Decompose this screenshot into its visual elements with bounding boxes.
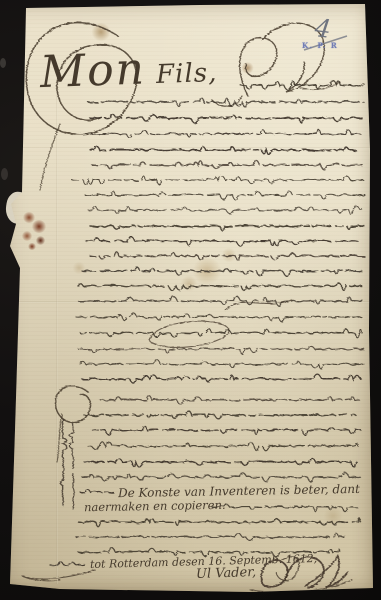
collection-stamp: K. P. R xyxy=(302,41,338,50)
handwriting-line xyxy=(92,426,361,435)
handwriting-line xyxy=(82,267,364,276)
handwriting-line xyxy=(86,237,358,246)
paragraph-initial-flourish xyxy=(55,386,90,423)
paragraph-initial-tail xyxy=(57,414,62,462)
handwriting-line xyxy=(82,374,361,383)
handwriting-line xyxy=(69,424,74,509)
handwriting-line xyxy=(80,490,116,493)
handwriting-line xyxy=(82,473,360,482)
handwriting-line xyxy=(76,313,362,322)
dateline-swoosh xyxy=(22,570,95,581)
letter-paper: Mon Fils, De Konste van Inventeren is be… xyxy=(0,0,381,600)
photograph: Mon Fils, De Konste van Inventeren is be… xyxy=(0,0,381,600)
oval-emphasis-flourish xyxy=(149,321,229,347)
salutation-word-mon: Mon xyxy=(39,43,147,98)
handwriting-line xyxy=(90,146,356,154)
salutation: Mon Fils, xyxy=(39,41,218,98)
salutation-word-fils: Fils, xyxy=(156,58,218,90)
closing: Ul Vader, xyxy=(196,565,257,582)
handwriting-line xyxy=(78,296,362,306)
handwriting-line xyxy=(76,533,345,540)
handwriting-line xyxy=(100,396,362,405)
initial-m-tail xyxy=(40,124,60,190)
handwriting-line xyxy=(78,518,364,527)
handwriting-line xyxy=(92,161,362,170)
handwriting-line xyxy=(60,420,67,505)
page-number: 4 xyxy=(313,13,332,44)
handwriting-line xyxy=(90,225,364,231)
mount-smudge xyxy=(1,168,8,180)
handwriting-line xyxy=(88,442,358,451)
handwriting-line xyxy=(212,504,358,512)
quote-line-2: naermaken en copieren. xyxy=(84,498,226,514)
handwriting-line xyxy=(84,458,357,467)
grand-flourish-left-loop xyxy=(240,38,277,96)
mount-smudge xyxy=(0,58,6,68)
handwriting-line xyxy=(72,176,364,185)
handwriting-line xyxy=(80,329,362,338)
handwriting-line xyxy=(88,206,362,215)
handwriting-line xyxy=(90,114,362,123)
handwriting-line xyxy=(80,360,364,369)
handwriting-line xyxy=(84,411,356,419)
handwriting-line xyxy=(90,252,365,260)
handwriting-line xyxy=(78,346,364,354)
handwriting-line xyxy=(85,191,365,200)
handwriting-line xyxy=(50,562,87,566)
handwriting-line xyxy=(86,130,361,138)
handwriting-line xyxy=(78,283,362,290)
